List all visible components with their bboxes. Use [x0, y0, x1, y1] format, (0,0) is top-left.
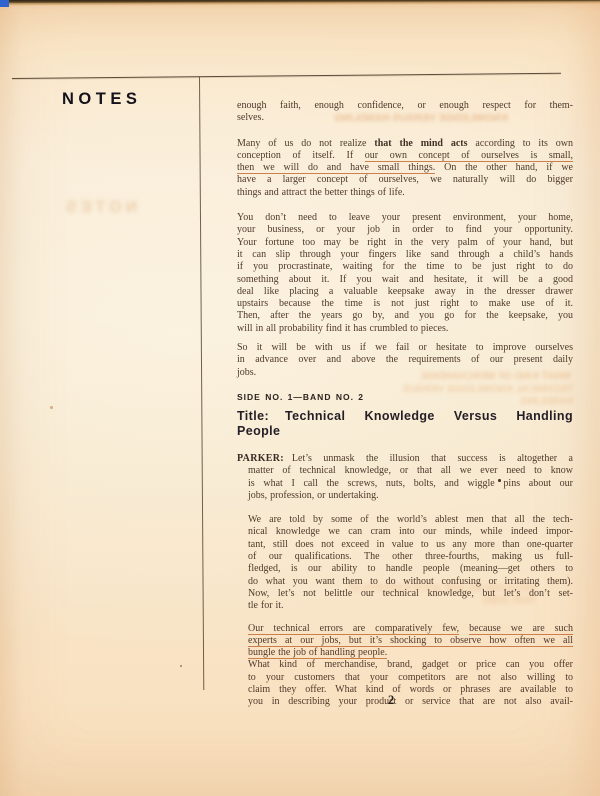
paper-stain	[50, 406, 53, 409]
text-line: tle for it.	[248, 600, 573, 612]
text-line: What kind of merchandise, brand, gadget …	[248, 659, 573, 671]
blue-edge-tab	[0, 0, 9, 7]
text-line: You don’t need to leave your present env…	[237, 212, 573, 224]
text-line: Many of us do not realize that the mind …	[237, 138, 573, 150]
ink-speck	[498, 479, 501, 482]
text-line: you in describing your product or servic…	[248, 696, 573, 708]
pen-underlined-phrase: because we are such	[469, 623, 573, 635]
text-line: it can slip through your fingers like sa…	[237, 249, 573, 261]
speaker-name: PARKER:	[237, 453, 284, 464]
side-band-label: SIDE NO. 1—BAND NO. 2	[237, 392, 573, 402]
text-line: claim they offer. What kind of words or …	[248, 684, 573, 696]
paragraph-ablest-men: We are told by some of the world’s ables…	[237, 514, 573, 612]
text-line: something about it. If you wait and hesi…	[237, 274, 573, 286]
text-line: Now, let’s not belittle our technical kn…	[248, 588, 573, 600]
text-line: then we will do and have small things. O…	[237, 162, 573, 174]
text-line: Our technical errors are comparatively f…	[248, 623, 573, 635]
text-line: deal like placing a valuable keepsake aw…	[237, 286, 573, 298]
text-line: PARKER:Let’s unmask the illusion that su…	[237, 453, 573, 465]
text-line: fledged, is our ability to handle people…	[248, 563, 573, 575]
text-line: So it will be with us if we fail or hesi…	[237, 342, 573, 354]
text-line: of our qualifications. The other three-f…	[248, 551, 573, 563]
paragraph-improve: So it will be with us if we fail or hesi…	[237, 342, 573, 379]
text-line: in advance over and above the requiremen…	[237, 354, 573, 366]
paragraph-technical-errors: Our technical errors are comparatively f…	[237, 623, 573, 709]
text-line: Title:Technical Knowledge Versus Handlin…	[237, 409, 573, 439]
text-line: Your fortune too may be right in the ver…	[237, 237, 573, 249]
header-horizontal-rule	[12, 73, 561, 80]
scanned-page-photo: KNOWLEDGE VERSUS HANDLING NOTES WHAT KIN…	[0, 0, 600, 796]
page-top-edge	[0, 0, 600, 6]
pen-underlined-phrase: then we will do and have small things.	[237, 162, 435, 174]
text-line: have a larger concept of ourselves, we n…	[237, 174, 573, 186]
pen-underlined-phrase: our own concept of ourselves is small,	[365, 150, 573, 162]
column-divider-rule	[199, 77, 205, 690]
ink-speck	[180, 665, 182, 667]
title-prefix: Title:	[237, 409, 269, 423]
text-line: is what I call the screws, nuts, bolts, …	[248, 478, 573, 490]
text-line: your business, or your job in order to f…	[237, 224, 573, 236]
paragraph-parker: PARKER:Let’s unmask the illusion that su…	[237, 453, 573, 502]
pen-underlined-phrase: Our technical errors are comparatively f…	[248, 623, 459, 635]
text-line: upstairs because the time is not just ri…	[237, 298, 573, 310]
text-line: bungle the job of handling people.	[248, 647, 573, 659]
section-title: Title:Technical Knowledge Versus Handlin…	[237, 409, 573, 439]
text-line: SIDE NO. 1—BAND NO. 2	[237, 392, 573, 402]
bleedthrough-ghost-notes: NOTES	[62, 202, 137, 214]
text-line: conception of itself. If our own concept…	[237, 150, 573, 162]
text-line: do what you want them to do without conf…	[248, 576, 573, 588]
notes-heading: NOTES	[62, 90, 141, 109]
text-line: selves.	[237, 112, 573, 124]
text-line: nical knowledge we can cram into our min…	[248, 526, 573, 538]
text-column: enough faith, enough confidence, or enou…	[237, 100, 573, 709]
text-line: will in all probability find it has crum…	[237, 323, 573, 335]
text-line: enough faith, enough confidence, or enou…	[237, 100, 573, 112]
pen-underlined-phrase: experts at our jobs, but it’s shocking t…	[248, 635, 573, 647]
paragraph-environment: You don’t need to leave your present env…	[237, 212, 573, 335]
text-line: tant, still does not exceed in value to …	[248, 539, 573, 551]
title-text: Technical Knowledge Versus Handling Peop…	[237, 409, 573, 438]
pen-underlined-phrase: bungle the job of handling people.	[248, 647, 387, 659]
text-line: things and attract the better things of …	[237, 187, 573, 199]
text-line: jobs.	[237, 367, 573, 379]
text-line: if you procrastinate, waiting for the ti…	[237, 261, 573, 273]
text-line: We are told by some of the world’s ables…	[248, 514, 573, 526]
bold-phrase: that the mind acts	[374, 138, 467, 149]
page-number: 2	[388, 693, 394, 708]
text-line: to your customers that your competitors …	[248, 672, 573, 684]
text-line: experts at our jobs, but it’s shocking t…	[248, 635, 573, 647]
text-line: jobs, profession, or undertaking.	[248, 490, 573, 502]
paragraph-continued: enough faith, enough confidence, or enou…	[237, 100, 573, 125]
text-line: matter of technical knowledge, or that a…	[248, 465, 573, 477]
paragraph-mind-acts: Many of us do not realize that the mind …	[237, 138, 573, 199]
text-line: Then, after the years go by, and you go …	[237, 310, 573, 322]
